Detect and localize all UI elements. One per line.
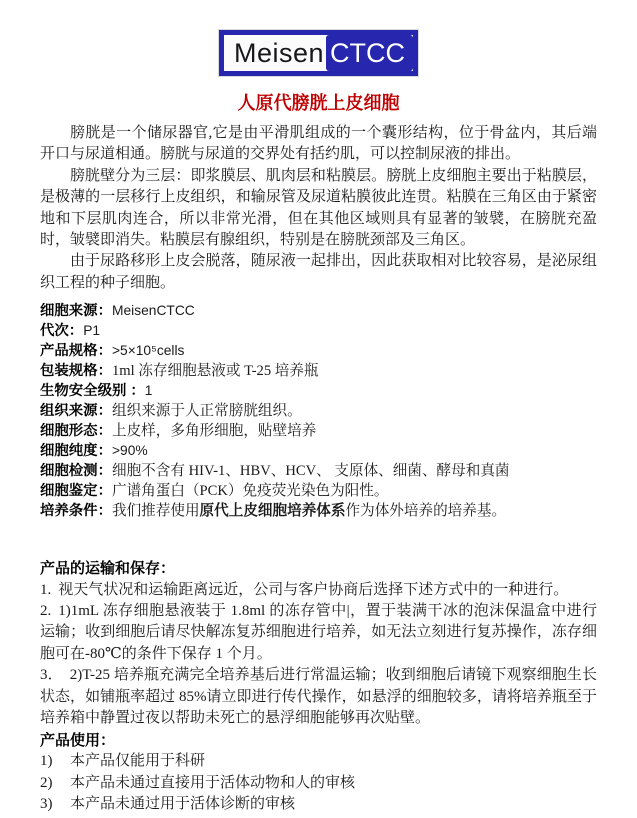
field-label: 细胞来源： — [40, 303, 112, 319]
field-value: 1 — [145, 383, 153, 398]
document-page: Meisen CTCC 人原代膀胱上皮细胞 膀胱是一个储尿器官,它是由平滑肌组成… — [0, 0, 637, 818]
item-number: 2. — [40, 603, 51, 619]
usage-item-3: 3)本产品未通过用于活体诊断的审核 — [40, 794, 597, 816]
item-text: 本产品未通过用于活体诊断的审核 — [70, 796, 295, 812]
field-value: 1ml 冻存细胞悬液或 T-25 培养瓶 — [112, 363, 319, 379]
field-value: >5×10⁵cells — [112, 343, 184, 358]
field-label: 代次： — [40, 323, 83, 339]
usage-item-1: 1)本产品仅能用于科研 — [40, 751, 597, 773]
field-row-cell-source: 细胞来源：MeisenCTCC — [40, 301, 597, 321]
field-row-culture-conditions: 培养条件：我们推荐使用原代上皮细胞培养体系作为体外培养的培养基。 — [40, 501, 597, 521]
item-text: 本产品未通过直接用于活体动物和人的审核 — [70, 775, 355, 791]
item-text: 视天气状况和运输距离远近，公司与客户协商后选择下述方式中的一种进行。 — [58, 582, 568, 598]
field-row-tissue-source: 组织来源：组织来源于人正常膀胱组织。 — [40, 401, 597, 421]
logo-container: Meisen CTCC — [0, 30, 637, 76]
logo-ctcc-badge: CTCC — [326, 35, 413, 71]
item-number: 1. — [40, 582, 51, 598]
field-label: 细胞鉴定： — [40, 483, 112, 499]
field-value: P1 — [83, 323, 100, 338]
intro-section: 膀胱是一个储尿器官,它是由平滑肌组成的一个囊形结构，位于骨盆内，其后端开口与尿道… — [40, 123, 597, 294]
field-value: 上皮样，多角形细胞，贴壁培养 — [112, 423, 316, 439]
item-text: 本产品仅能用于科研 — [70, 753, 205, 769]
field-label: 组织来源： — [40, 403, 112, 419]
product-title: 人原代膀胱上皮细胞 — [0, 89, 637, 115]
item-number: 3) — [40, 794, 70, 816]
field-value: 细胞不含有 HIV-1、HBV、HCV、 支原体、细菌、酵母和真菌 — [112, 463, 510, 479]
field-value: 我们推荐使用原代上皮细胞培养体系作为体外培养的培养基。 — [112, 503, 506, 519]
item-number: 2) — [40, 773, 70, 795]
field-label: 培养条件： — [40, 503, 112, 519]
transport-storage-section: 产品的运输和保存： 1.视天气状况和运输距离远近，公司与客户协商后选择下述方式中… — [40, 558, 597, 729]
item-text: 1)1mL 冻存细胞悬液装于 1.8ml 的冻存管中|，置于装满干冰的泡沫保温盒… — [40, 603, 597, 662]
field-row-passage: 代次：P1 — [40, 321, 597, 341]
field-label: 产品规格： — [40, 343, 112, 359]
culture-value-suffix: 作为体外培养的培养基。 — [346, 503, 507, 519]
field-value: MeisenCTCC — [112, 303, 195, 318]
field-label: 生物安全级别 ： — [40, 383, 145, 399]
field-label: 细胞检测： — [40, 463, 112, 479]
meisen-ctcc-logo: Meisen CTCC — [219, 30, 418, 76]
transport-item-2: 2.1)1mL 冻存细胞悬液装于 1.8ml 的冻存管中|，置于装满干冰的泡沫保… — [40, 601, 597, 665]
field-row-cell-morphology: 细胞形态：上皮样，多角形细胞，贴壁培养 — [40, 421, 597, 441]
item-text: 2)T-25 培养瓶充满完全培养基后进行常温运输；收到细胞后请镜下观察细胞生长状… — [40, 667, 597, 726]
field-row-cell-testing: 细胞检测：细胞不含有 HIV-1、HBV、HCV、 支原体、细菌、酵母和真菌 — [40, 461, 597, 481]
logo-meisen-text: Meisen — [224, 35, 326, 71]
field-label: 包装规格： — [40, 363, 112, 379]
spec-fields: 细胞来源：MeisenCTCC 代次：P1 产品规格：>5×10⁵cells 包… — [40, 301, 597, 521]
item-number: 3． — [40, 667, 63, 683]
transport-heading: 产品的运输和保存： — [40, 558, 597, 579]
transport-item-1: 1.视天气状况和运输距离远近，公司与客户协商后选择下述方式中的一种进行。 — [40, 580, 597, 601]
usage-item-2: 2)本产品未通过直接用于活体动物和人的审核 — [40, 773, 597, 795]
field-row-cell-identification: 细胞鉴定：广谱角蛋白（PCK）免疫荧光染色为阳性。 — [40, 481, 597, 501]
field-row-product-spec: 产品规格：>5×10⁵cells — [40, 341, 597, 361]
intro-paragraph: 膀胱是一个储尿器官,它是由平滑肌组成的一个囊形结构，位于骨盆内，其后端开口与尿道… — [40, 123, 597, 166]
intro-paragraph: 膀胱壁分为三层：即浆膜层、肌肉层和粘膜层。膀胱上皮细胞主要出于粘膜层，是极薄的一… — [40, 166, 597, 252]
culture-value-prefix: 我们推荐使用 — [112, 503, 200, 519]
field-label: 细胞纯度： — [40, 443, 112, 459]
product-usage-section: 产品使用： 1)本产品仅能用于科研 2)本产品未通过直接用于活体动物和人的审核 … — [40, 730, 597, 816]
field-value: 广谱角蛋白（PCK）免疫荧光染色为阳性。 — [112, 483, 389, 499]
item-number: 1) — [40, 751, 70, 773]
usage-heading: 产品使用： — [40, 730, 597, 751]
transport-item-3: 3．2)T-25 培养瓶充满完全培养基后进行常温运输；收到细胞后请镜下观察细胞生… — [40, 665, 597, 729]
field-value: >90% — [112, 443, 148, 458]
field-value: 组织来源于人正常膀胱组织。 — [112, 403, 302, 419]
culture-value-bold: 原代上皮细胞培养体系 — [200, 503, 346, 519]
field-label: 细胞形态： — [40, 423, 112, 439]
field-row-biosafety-level: 生物安全级别 ：1 — [40, 381, 597, 401]
field-row-cell-purity: 细胞纯度：>90% — [40, 441, 597, 461]
intro-paragraph: 由于尿路移形上皮会脱落，随尿液一起排出，因此获取相对比较容易，是泌尿组织工程的种… — [40, 251, 597, 294]
field-row-package-spec: 包装规格：1ml 冻存细胞悬液或 T-25 培养瓶 — [40, 361, 597, 381]
